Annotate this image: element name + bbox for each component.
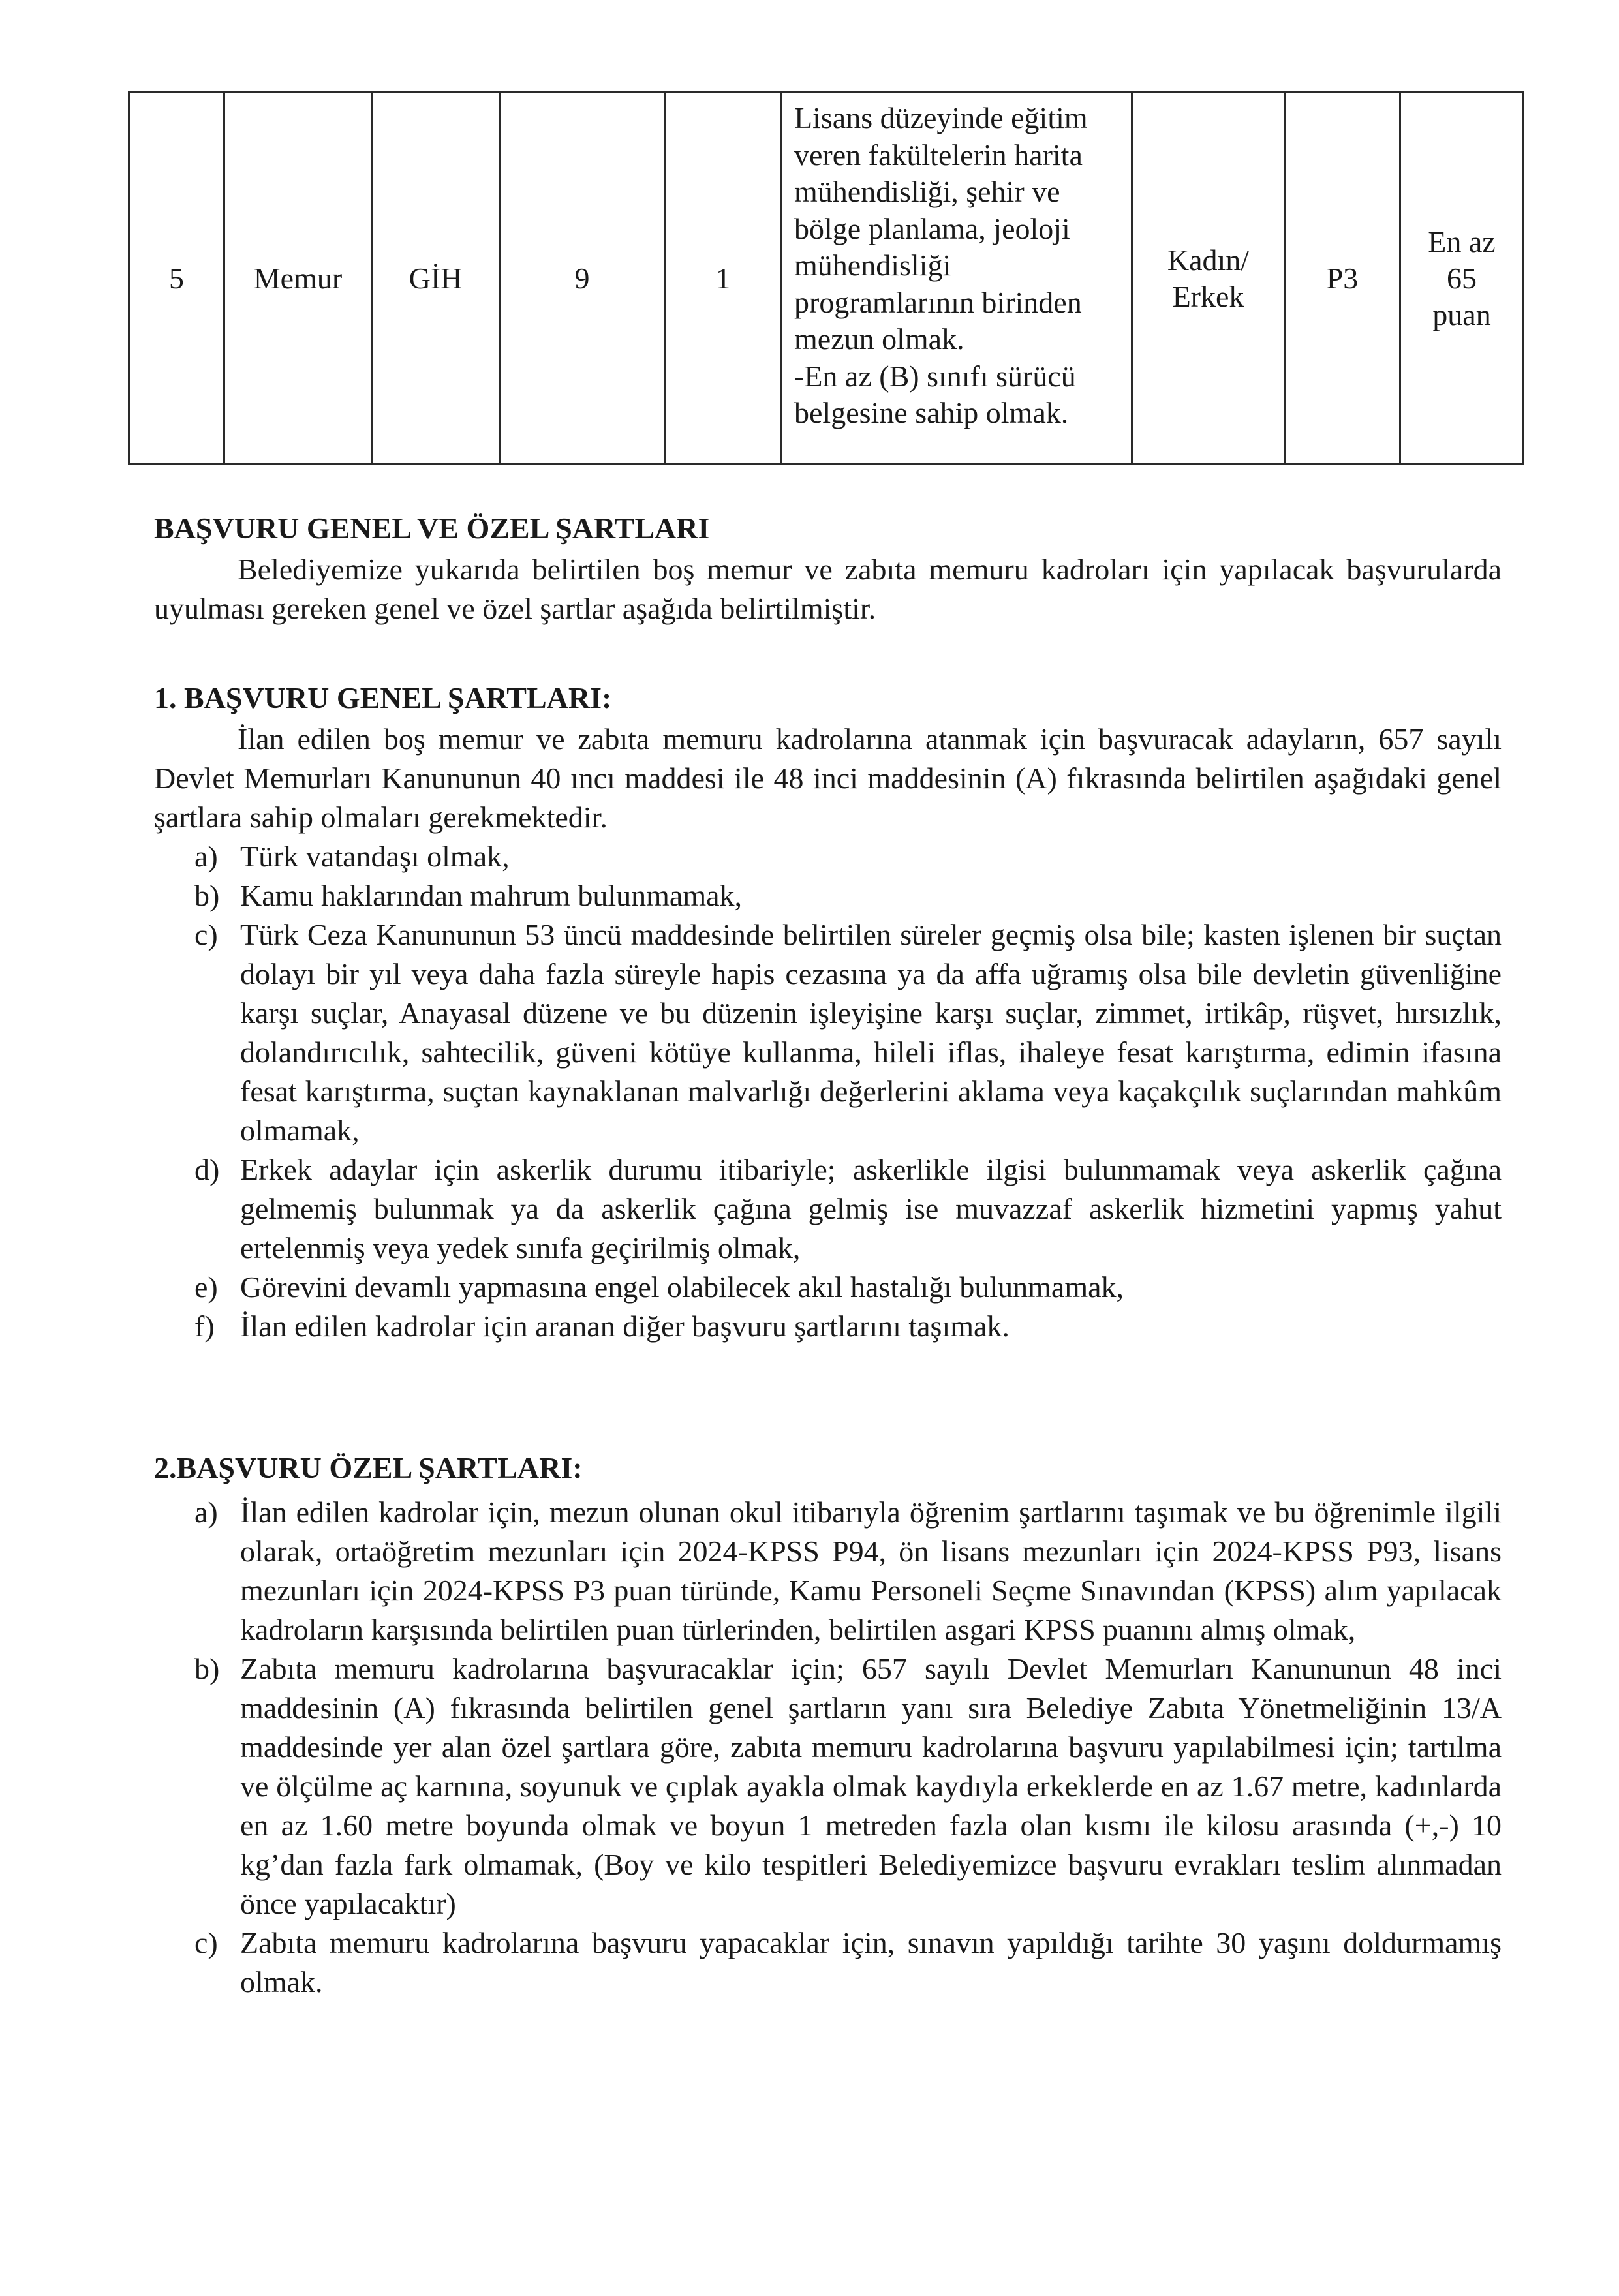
list-item: b)Zabıta memuru kadrolarına başvuracakla… xyxy=(154,1649,1502,1923)
list-item: a)Türk vatandaşı olmak, xyxy=(154,837,1502,876)
qualification-line: mühendisliği, şehir ve xyxy=(794,174,1120,211)
document-page: 5 Memur GİH 9 1 Lisans düzeyinde eğitim … xyxy=(0,0,1619,2296)
qualification-line: bölge planlama, jeoloji xyxy=(794,211,1120,248)
list-item: e)Görevini devamlı yapmasına engel olabi… xyxy=(154,1268,1502,1307)
list-item: a)İlan edilen kadrolar için, mezun oluna… xyxy=(154,1493,1502,1649)
cell-score-type: P3 xyxy=(1285,93,1400,465)
general-paragraph: İlan edilen boş memur ve zabıta memuru k… xyxy=(154,720,1502,837)
cell-no: 5 xyxy=(129,93,224,465)
section-title-special: 2.BAŞVURU ÖZEL ŞARTLARI: xyxy=(154,1448,1502,1488)
qualification-line: programlarının birinden xyxy=(794,284,1120,322)
section-title-general: 1. BAŞVURU GENEL ŞARTLARI: xyxy=(154,679,1502,718)
general-conditions-list: a)Türk vatandaşı olmak, b)Kamu haklarınd… xyxy=(154,837,1502,1346)
cell-class: GİH xyxy=(372,93,500,465)
cell-min-score: En az 65 puan xyxy=(1400,93,1524,465)
list-item: c)Zabıta memuru kadrolarına başvuru yapa… xyxy=(154,1923,1502,2002)
qualification-line: belgesine sahip olmak. xyxy=(794,395,1120,432)
qualification-line: veren fakültelerin harita xyxy=(794,137,1120,174)
qualification-line: -En az (B) sınıfı sürücü xyxy=(794,358,1120,395)
intro-paragraph: Belediyemize yukarıda belirtilen boş mem… xyxy=(154,550,1502,628)
list-item: b)Kamu haklarından mahrum bulunmamak, xyxy=(154,876,1502,915)
special-conditions-list: a)İlan edilen kadrolar için, mezun oluna… xyxy=(154,1493,1502,2002)
cell-degree: 9 xyxy=(500,93,665,465)
cell-title: Memur xyxy=(224,93,372,465)
list-item: f)İlan edilen kadrolar için aranan diğer… xyxy=(154,1307,1502,1346)
cell-gender: Kadın/ Erkek xyxy=(1132,93,1285,465)
table-row: 5 Memur GİH 9 1 Lisans düzeyinde eğitim … xyxy=(129,93,1524,465)
section-title-general-special: BAŞVURU GENEL VE ÖZEL ŞARTLARI xyxy=(154,509,1502,548)
list-item: d)Erkek adaylar için askerlik durumu iti… xyxy=(154,1150,1502,1268)
qualification-line: mühendisliği xyxy=(794,247,1120,284)
qualification-line: mezun olmak. xyxy=(794,321,1120,358)
position-table: 5 Memur GİH 9 1 Lisans düzeyinde eğitim … xyxy=(128,91,1524,465)
qualification-line: Lisans düzeyinde eğitim xyxy=(794,100,1120,137)
cell-qualifications: Lisans düzeyinde eğitim veren fakülteler… xyxy=(782,93,1132,465)
list-item: c)Türk Ceza Kanununun 53 üncü maddesinde… xyxy=(154,915,1502,1150)
cell-count: 1 xyxy=(665,93,782,465)
